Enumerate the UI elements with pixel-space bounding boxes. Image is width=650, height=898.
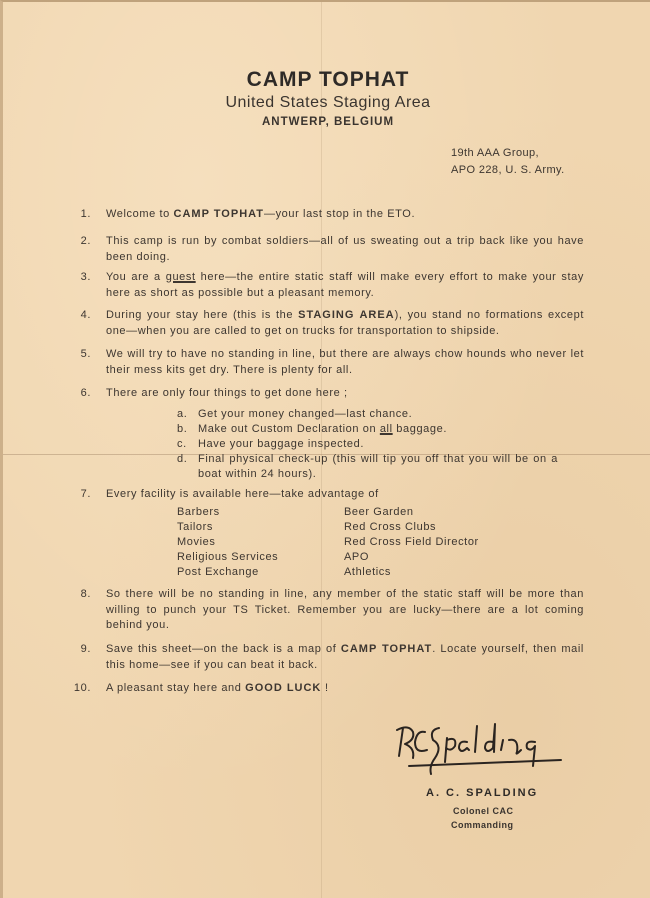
item-text: Save this sheet—on the back is a map of …: [106, 642, 584, 673]
facilities-right-column: Beer Garden Red Cross Clubs Red Cross Fi…: [344, 505, 479, 580]
unit-line-2: APO 228, U. S. Army.: [451, 162, 565, 179]
document-subtitle: United States Staging Area: [3, 94, 650, 112]
item-number: 7.: [51, 487, 91, 503]
item-text: So there will be no standing in line, an…: [106, 587, 584, 634]
facilities-left-column: Barbers Tailors Movies Religious Service…: [177, 505, 278, 580]
item-text: A pleasant stay here and GOOD LUCK !: [106, 681, 584, 697]
item-number: 6.: [51, 386, 91, 402]
signatory-rank: Colonel CAC: [453, 806, 514, 816]
unit-line-1: 19th AAA Group,: [451, 145, 565, 162]
underlined-all: all: [380, 423, 393, 435]
letter-paper: CAMP TOPHAT United States Staging Area A…: [0, 0, 650, 898]
signatory-name: A. C. SPALDING: [426, 787, 538, 799]
underlined-guest: guest: [166, 271, 196, 283]
signatory-role: Commanding: [451, 820, 514, 830]
item-number: 1.: [51, 207, 91, 223]
item-text: This camp is run by combat soldiers—all …: [106, 234, 584, 265]
item-text: There are only four things to get done h…: [106, 386, 584, 402]
item-text: Welcome to CAMP TOPHAT—your last stop in…: [106, 207, 584, 223]
item-number: 3.: [51, 270, 91, 286]
document-title: CAMP TOPHAT: [3, 68, 650, 92]
item-number: 10.: [51, 681, 91, 697]
item-number: 8.: [51, 587, 91, 603]
document-location: ANTWERP, BELGIUM: [3, 116, 650, 128]
item-number: 9.: [51, 642, 91, 658]
item-number: 4.: [51, 308, 91, 324]
item-number: 5.: [51, 347, 91, 363]
handwritten-signature: [391, 718, 591, 778]
item-text: We will try to have no standing in line,…: [106, 347, 584, 378]
item-text: During your stay here (this is the STAGI…: [106, 308, 584, 339]
item-text: You are a guest here—the entire static s…: [106, 270, 584, 301]
unit-address: 19th AAA Group, APO 228, U. S. Army.: [451, 145, 565, 179]
item-text: Every facility is available here—take ad…: [106, 487, 584, 503]
item-number: 2.: [51, 234, 91, 250]
